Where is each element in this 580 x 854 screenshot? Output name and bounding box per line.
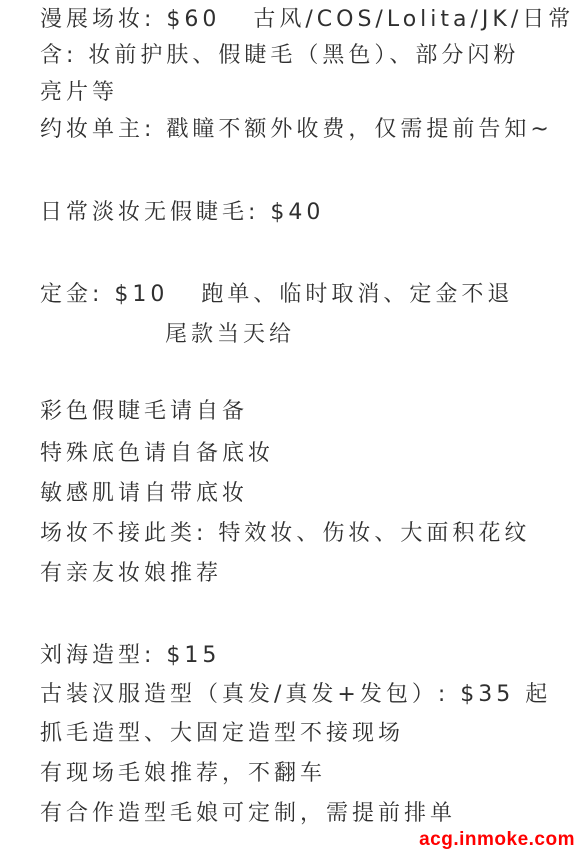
line-convention-makeup-price: 漫展场妆: $60 古风/COS/Lolita/JK/日常 bbox=[40, 6, 574, 34]
line-includes-part1: 含: 妆前护肤、假睫毛（黑色）、部分闪粉 bbox=[40, 42, 519, 70]
line-balance-due: 尾款当天给 bbox=[165, 321, 295, 349]
line-deposit-policy: 定金: $10 跑单、临时取消、定金不退 bbox=[40, 281, 513, 309]
line-hanfu-styling-price: 古装汉服造型（真发/真发+发包）: $35 起 bbox=[40, 681, 551, 709]
line-includes-part2: 亮片等 bbox=[40, 79, 118, 107]
watermark: acg.inmoke.com bbox=[419, 829, 575, 851]
line-colored-lashes-note: 彩色假睫毛请自备 bbox=[40, 398, 248, 426]
line-custom-styling-note: 有合作造型毛娘可定制，需提前排单 bbox=[40, 800, 456, 828]
line-wig-styling-limit: 抓毛造型、大固定造型不接现场 bbox=[40, 720, 404, 748]
line-daily-makeup-price: 日常淡妆无假睫毛: $40 bbox=[40, 199, 324, 227]
line-wig-artist-referral: 有现场毛娘推荐，不翻车 bbox=[40, 760, 326, 788]
line-sensitive-skin-note: 敏感肌请自带底妆 bbox=[40, 480, 248, 508]
line-special-base-note: 特殊底色请自备底妆 bbox=[40, 440, 274, 468]
price-list-document: 漫展场妆: $60 古风/COS/Lolita/JK/日常 含: 妆前护肤、假睫… bbox=[0, 0, 580, 854]
line-makeup-artist-referral: 有亲友妆娘推荐 bbox=[40, 560, 222, 588]
line-contact-lens-note: 约妆单主: 戳瞳不额外收费，仅需提前告知~ bbox=[40, 116, 553, 144]
line-not-accepted-types: 场妆不接此类: 特效妆、伤妆、大面积花纹 bbox=[40, 520, 530, 548]
line-bangs-styling-price: 刘海造型: $15 bbox=[40, 642, 220, 670]
